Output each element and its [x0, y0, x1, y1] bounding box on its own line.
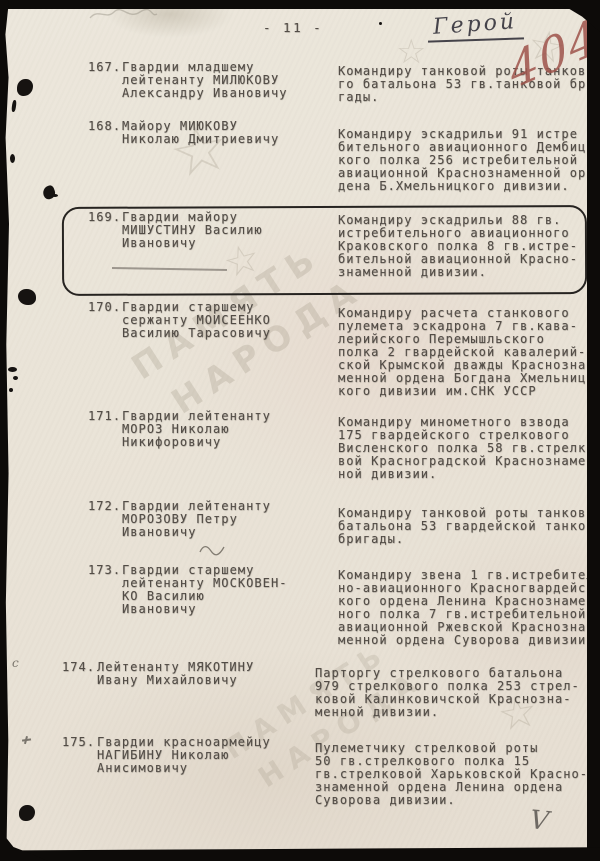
entry-assignment: Командиру танковой роты танкового баталь… [338, 507, 600, 546]
entry-recipient: Гвардии старшему сержанту МОИСЕЕНКО Васи… [122, 301, 271, 340]
entry-recipient: Гвардии красноармейцу НАГИБИНУ Николаю А… [97, 736, 271, 775]
ink-blot [18, 289, 36, 305]
entry-assignment: Пулеметчику стрелковой роты 50 гв.стрелк… [315, 742, 588, 807]
scanned-page: ☆ ☆ ☆ ☆ ☆ ПАМЯТЬ НАРОДА ПАМЯТЬ НАРОДА - … [0, 0, 600, 861]
entry-number: 174. [62, 661, 95, 674]
page-number: - 11 - [263, 21, 323, 34]
ink-blot [10, 154, 15, 163]
entry-number: 172. [88, 500, 121, 513]
ink-blot [52, 194, 58, 197]
entry-recipient: Гвардии старшему лейтенанту МОСКОВЕН- КО… [122, 564, 288, 616]
entry-number: 170. [88, 301, 121, 314]
entry-assignment: Командиру звена 1 гв.истребитель но-авиа… [338, 569, 600, 647]
ink-blot [13, 376, 18, 380]
handwritten-checkmark: V [528, 805, 550, 837]
entry-number: 171. [88, 410, 121, 423]
entry-assignment: Парторгу стрелкового батальона 979 стрел… [315, 667, 580, 719]
pencil-squiggle [198, 543, 226, 557]
entry-recipient: Гвардии лейтенанту МОРОЗОВУ Петру Иванов… [122, 500, 271, 539]
highlight-box-entry-169 [62, 205, 587, 296]
scan-border-top [0, 0, 600, 9]
entry-assignment: Командиру минометного взвода 175 гвардей… [338, 416, 600, 481]
entry-number: 173. [88, 564, 121, 577]
entry-number: 168. [88, 120, 121, 133]
entry-recipient: Гвардии лейтенанту МОРОЗ Николаю Никифор… [122, 410, 271, 449]
entry-recipient: Гвардии младшему лейтенанту МИЛЮКОВУ Але… [122, 61, 288, 100]
scan-border-right [587, 0, 600, 861]
entry-number: 167. [88, 61, 121, 74]
entry-recipient: Майору МИЮКОВУ Николаю Дмитриевичу [122, 120, 279, 146]
ink-blot [379, 22, 382, 25]
entry-recipient: Лейтенанту МЯКОТИНУ Ивану Михайловичу [97, 661, 254, 687]
ink-blot [8, 367, 17, 372]
entry-assignment: Командиру эскадрильи 91 истре бительного… [338, 128, 595, 193]
entry-number: 175. [62, 736, 95, 749]
ink-blot [9, 388, 13, 392]
entry-assignment: Командиру расчета станкового пулемета эс… [338, 307, 595, 398]
margin-mark: с [12, 656, 19, 670]
